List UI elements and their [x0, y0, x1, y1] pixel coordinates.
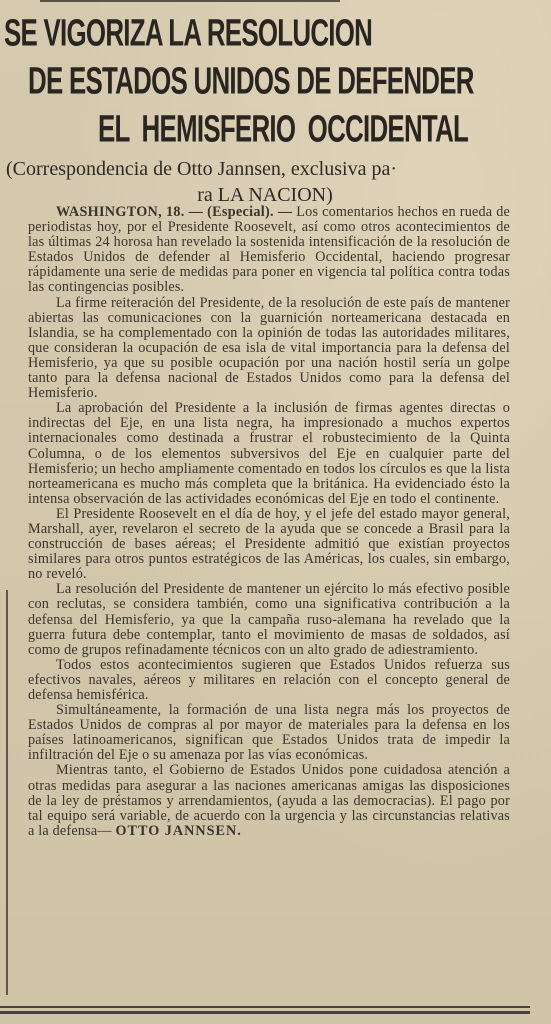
article-body: WASHINGTON, 18. — (Especial). — Los come… — [28, 205, 510, 839]
paragraph: Todos estos acontecimientos sugieren que… — [28, 658, 510, 703]
paragraph: La firme reiteración del Presidente, de … — [28, 296, 510, 402]
signature: OTTO JANNSEN. — [116, 823, 242, 839]
newspaper-clipping: SE VIGORIZA LA RESOLUCION DE ESTADOS UNI… — [0, 0, 551, 1024]
bottom-rule — [0, 1006, 530, 1008]
paragraph: El Presidente Roosevelt en el día de hoy… — [28, 507, 510, 582]
left-column-rule — [6, 590, 8, 995]
top-rule — [40, 0, 340, 2]
headline-line-3: EL HEMISFERIO OCCIDENTAL — [98, 110, 506, 148]
paragraph: WASHINGTON, 18. — (Especial). — Los come… — [28, 205, 510, 296]
paragraph: Simultáneamente, la formación de una lis… — [28, 703, 510, 763]
paragraph: Mientras tanto, el Gobierno de Estados U… — [28, 763, 510, 838]
paragraph-text: Mientras tanto, el Gobierno de Estados U… — [28, 762, 510, 838]
headline-line-1: SE VIGORIZA LA RESOLUCION — [4, 14, 412, 52]
bottom-rule-thick — [0, 1011, 530, 1014]
dateline: WASHINGTON, 18. — (Especial). — — [56, 204, 292, 220]
paragraph: La resolución del Presidente de mantener… — [28, 582, 510, 657]
byline-line-1: (Correspondencia de Otto Jannsen, exclus… — [0, 156, 536, 182]
paragraph: La aprobación del Presidente a la inclus… — [28, 401, 510, 507]
headline-line-2: DE ESTADOS UNIDOS DE DEFENDER — [28, 62, 436, 100]
